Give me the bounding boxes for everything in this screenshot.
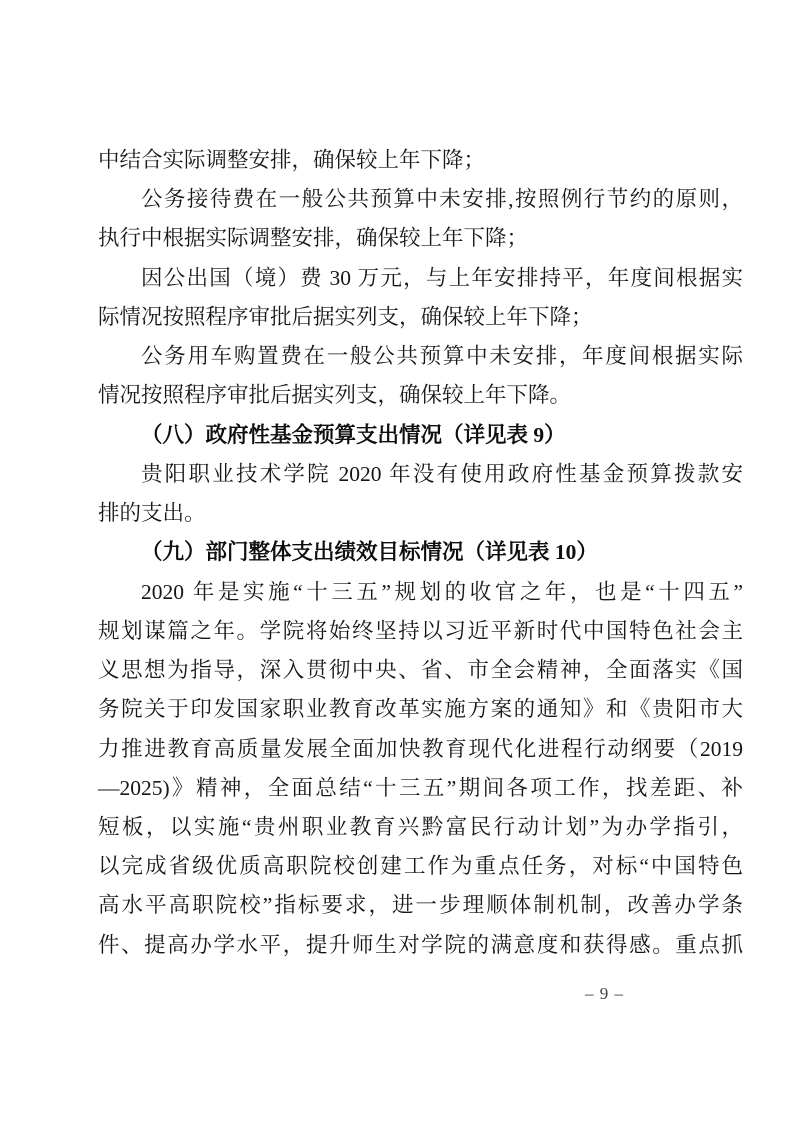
section-heading-8: （八）政府性基金预算支出情况（详见表 9） (98, 416, 743, 455)
body-line: 高水平高职院校”指标要求，进一步理顺体制机制，改善办学条 (98, 886, 743, 925)
body-line: 务院关于印发国家职业教育改革实施方案的通知》和《贵阳市大 (98, 690, 743, 729)
body-line: 力推进教育高质量发展全面加快教育现代化进程行动纲要（2019 (98, 730, 743, 769)
body-line: 执行中根据实际调整安排，确保较上年下降； (98, 219, 743, 258)
section-heading-9: （九）部门整体支出绩效目标情况（详见表 10） (98, 533, 743, 572)
body-line: 公务接待费在一般公共预算中未安排,按照例行节约的原则， (98, 180, 743, 219)
body-line: 际情况按照程序审批后据实列支，确保较上年下降； (98, 298, 743, 337)
body-line: 规划谋篇之年。学院将始终坚持以习近平新时代中国特色社会主 (98, 612, 743, 651)
body-line: 贵阳职业技术学院 2020 年没有使用政府性基金预算拨款安 (98, 455, 743, 494)
body-line: 因公出国（境）费 30 万元，与上年安排持平，年度间根据实 (98, 259, 743, 298)
body-line: 以完成省级优质高职院校创建工作为重点任务，对标“中国特色 (98, 847, 743, 886)
body-line: 中结合实际调整安排，确保较上年下降； (98, 141, 743, 180)
body-line: 排的支出。 (98, 494, 743, 533)
document-body: 中结合实际调整安排，确保较上年下降； 公务接待费在一般公共预算中未安排,按照例行… (98, 141, 743, 965)
body-line: 件、提高办学水平，提升师生对学院的满意度和获得感。重点抓 (98, 926, 743, 965)
body-line: 公务用车购置费在一般公共预算中未安排，年度间根据实际 (98, 337, 743, 376)
document-page: 中结合实际调整安排，确保较上年下降； 公务接待费在一般公共预算中未安排,按照例行… (0, 0, 793, 1122)
body-line: 短板，以实施“贵州职业教育兴黔富民行动计划”为办学指引， (98, 808, 743, 847)
body-line: 情况按照程序审批后据实列支，确保较上年下降。 (98, 376, 743, 415)
body-line: 2020 年是实施“十三五”规划的收官之年，也是“十四五” (98, 573, 743, 612)
page-number: – 9 – (585, 984, 655, 1004)
body-line: —2025)》精神，全面总结“十三五”期间各项工作，找差距、补 (98, 769, 743, 808)
body-line: 义思想为指导，深入贯彻中央、省、市全会精神，全面落实《国 (98, 651, 743, 690)
